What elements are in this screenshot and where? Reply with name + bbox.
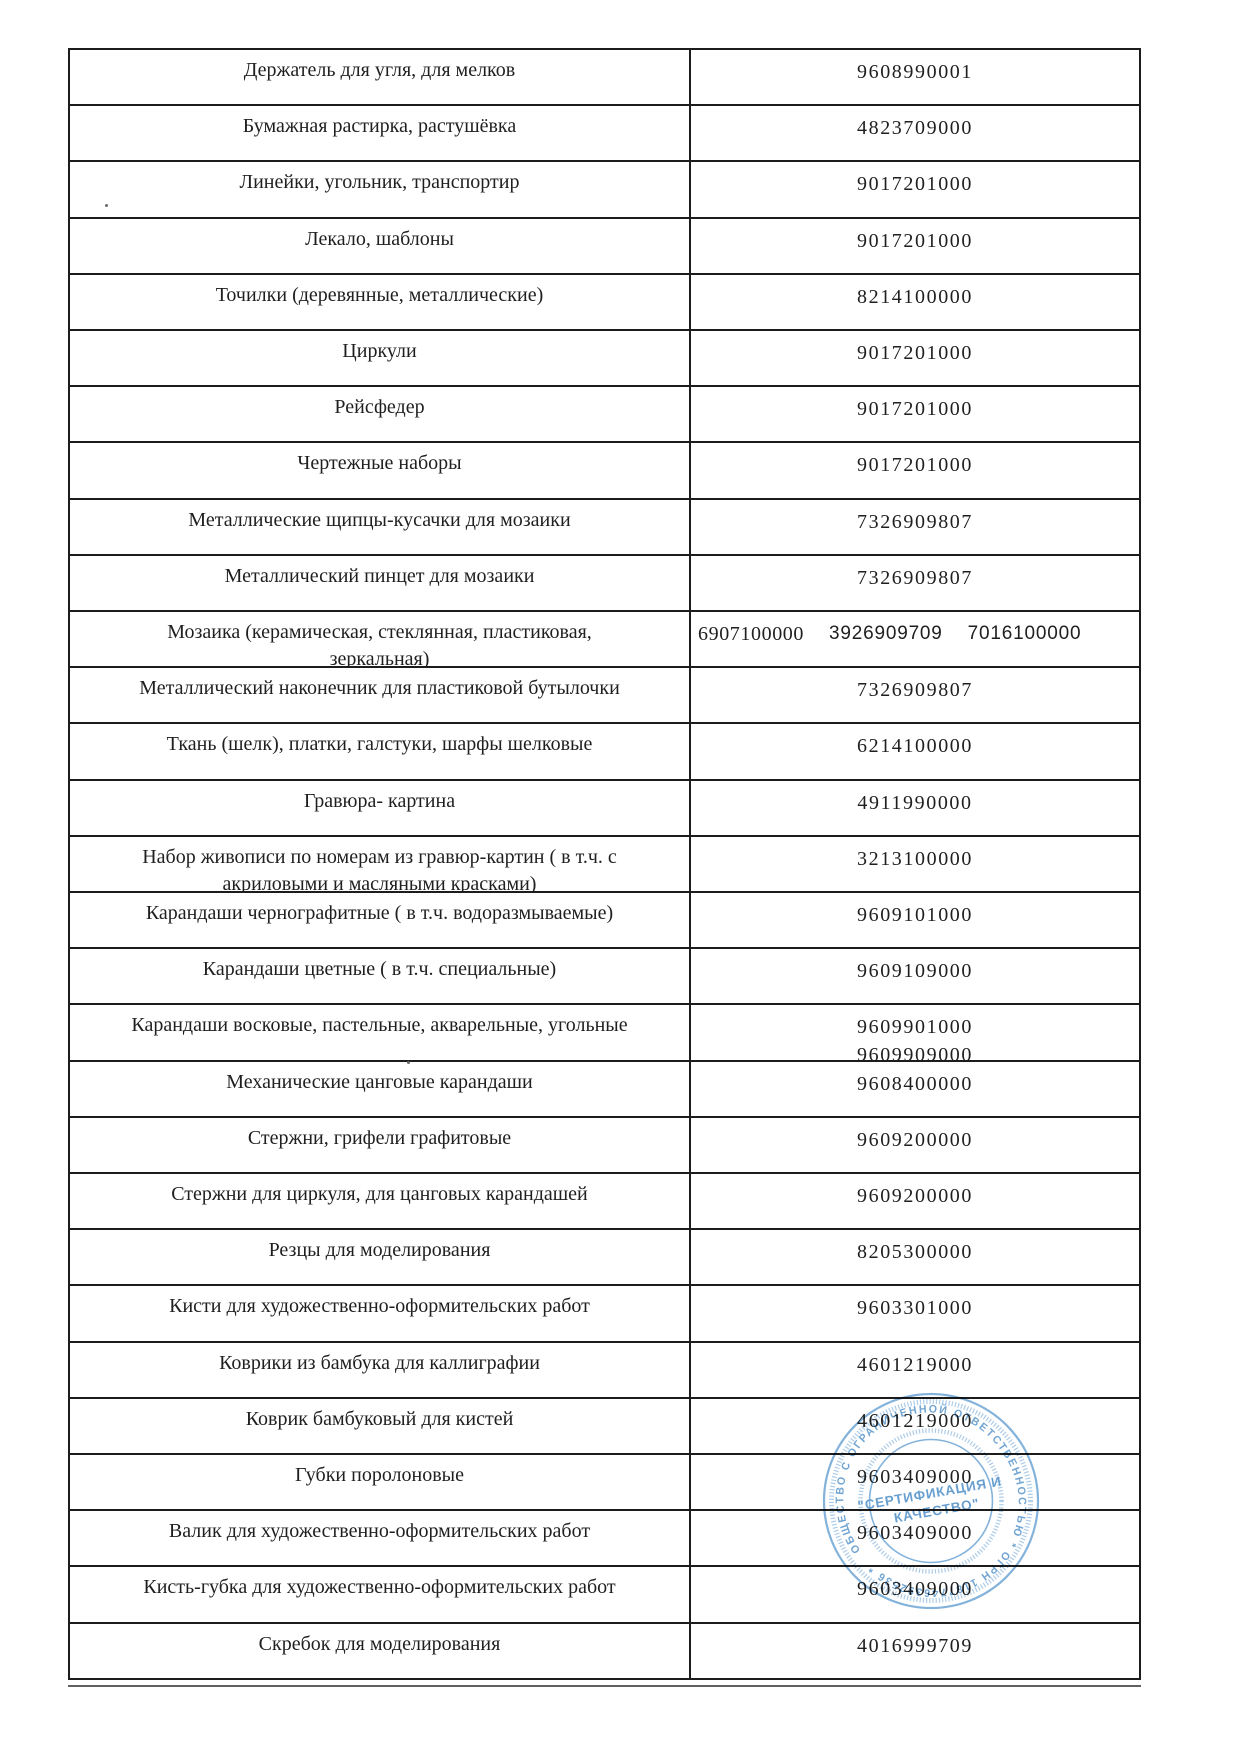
product-name-cell: Металлический пинцет для мозаики xyxy=(70,556,689,610)
product-name-cell: Мозаика (керамическая, стеклянная, пласт… xyxy=(70,612,689,666)
code-cell: 4911990000 xyxy=(689,781,1139,835)
company-stamp: ОБЩЕСТВО С ОГРАНИЧЕННОЙ ОТВЕТСТВЕННОСТЬЮ… xyxy=(809,1379,1053,1623)
code-cell: 96099010009609909000 xyxy=(689,1005,1139,1059)
table-row: Гравюра- картина4911990000 xyxy=(70,781,1139,837)
code-cell: 9608990001 xyxy=(689,50,1139,104)
product-name-cell: Кисти для художественно-оформительских р… xyxy=(70,1286,689,1340)
customs-code: 9017201000 xyxy=(857,454,973,476)
customs-code: 9609109000 xyxy=(857,960,973,982)
customs-code: 9609909000 xyxy=(695,1041,1135,1061)
product-name-cell: Ткань (шелк), платки, галстуки, шарфы ше… xyxy=(70,724,689,778)
table-row: Лекало, шаблоны9017201000 xyxy=(70,219,1139,275)
product-name-cell: Коврик бамбуковый для кистей xyxy=(70,1399,689,1453)
code-cell: 6214100000 xyxy=(689,724,1139,778)
code-cell: 9017201000 xyxy=(689,162,1139,216)
table-row: Резцы для моделирования8205300000 xyxy=(70,1230,1139,1286)
customs-code: 7326909807 xyxy=(857,679,973,701)
customs-code: 7326909807 xyxy=(857,567,973,589)
product-name-cell: Коврики из бамбука для каллиграфии xyxy=(70,1343,689,1397)
table-row: Металлические щипцы-кусачки для мозаики7… xyxy=(70,500,1139,556)
customs-code: 9608990001 xyxy=(857,61,973,83)
product-name-cell: Карандаши чернографитные ( в т.ч. водора… xyxy=(70,893,689,947)
code-cell: 690710000039269097097016100000 xyxy=(689,612,1139,666)
code-cell: 4016999709 xyxy=(689,1624,1139,1678)
table-row: Карандаши цветные ( в т.ч. специальные)9… xyxy=(70,949,1139,1005)
product-name-cell: Циркули xyxy=(70,331,689,385)
customs-code: 9017201000 xyxy=(857,398,973,420)
product-name-cell: Точилки (деревянные, металлические) xyxy=(70,275,689,329)
product-name-cell: Резцы для моделирования xyxy=(70,1230,689,1284)
customs-code: 3213100000 xyxy=(857,848,973,870)
code-cell: 7326909807 xyxy=(689,668,1139,722)
customs-code: 4601219000 xyxy=(857,1354,973,1376)
table-bottom-scan-line xyxy=(68,1685,1141,1687)
table-row: Стержни, грифели графитовые9609200000 xyxy=(70,1118,1139,1174)
customs-code: 4823709000 xyxy=(857,117,973,139)
table-row: Металлический пинцет для мозаики73269098… xyxy=(70,556,1139,612)
code-cell: 9608400000 xyxy=(689,1062,1139,1116)
customs-code: 9017201000 xyxy=(857,173,973,195)
table-row: Держатель для угля, для мелков9608990001 xyxy=(70,50,1139,106)
customs-code: 9017201000 xyxy=(857,230,973,252)
code-cell: 9609109000 xyxy=(689,949,1139,1003)
customs-code: 9609200000 xyxy=(857,1129,973,1151)
table-row: Ткань (шелк), платки, галстуки, шарфы ше… xyxy=(70,724,1139,780)
product-name-cell: Стержни для циркуля, для цанговых каранд… xyxy=(70,1174,689,1228)
table-row: Карандаши восковые, пастельные, акварель… xyxy=(70,1005,1139,1061)
code-cell: 9609200000 xyxy=(689,1118,1139,1172)
customs-code: 6214100000 xyxy=(857,735,973,757)
table-row: Линейки, угольник, транспортир9017201000 xyxy=(70,162,1139,218)
table-row: Механические цанговые карандаши960840000… xyxy=(70,1062,1139,1118)
scan-speck xyxy=(407,1061,410,1064)
table-row: Чертежные наборы9017201000 xyxy=(70,443,1139,499)
product-name-cell: Держатель для угля, для мелков xyxy=(70,50,689,104)
product-name-cell: Кисть-губка для художественно-оформитель… xyxy=(70,1567,689,1621)
code-cell: 8214100000 xyxy=(689,275,1139,329)
product-name-cell: Металлический наконечник для пластиковой… xyxy=(70,668,689,722)
customs-code: 9609901000 xyxy=(695,1013,1135,1041)
product-name-cell: Стержни, грифели графитовые xyxy=(70,1118,689,1172)
table-row: Набор живописи по номерам из гравюр-карт… xyxy=(70,837,1139,893)
product-name-cell: Линейки, угольник, транспортир xyxy=(70,162,689,216)
code-cell: 9609101000 xyxy=(689,893,1139,947)
table-row: Скребок для моделирования4016999709 xyxy=(70,1624,1139,1678)
table-row: Рейсфедер9017201000 xyxy=(70,387,1139,443)
customs-code: 4911990000 xyxy=(857,792,972,814)
customs-code: 4016999709 xyxy=(857,1635,973,1657)
product-name-cell: Губки поролоновые xyxy=(70,1455,689,1509)
customs-code: 9017201000 xyxy=(857,342,973,364)
code-cell: 4823709000 xyxy=(689,106,1139,160)
table-row: Стержни для циркуля, для цанговых каранд… xyxy=(70,1174,1139,1230)
table-row: Точилки (деревянные, металлические)82141… xyxy=(70,275,1139,331)
product-name-cell: Лекало, шаблоны xyxy=(70,219,689,273)
product-name-cell: Рейсфедер xyxy=(70,387,689,441)
code-cell: 9609200000 xyxy=(689,1174,1139,1228)
customs-code: 7326909807 xyxy=(857,511,973,533)
customs-code: 8205300000 xyxy=(857,1241,973,1263)
table-row: Кисти для художественно-оформительских р… xyxy=(70,1286,1139,1342)
code-cell: 9017201000 xyxy=(689,443,1139,497)
customs-code: 7016100000 xyxy=(968,620,1082,666)
product-name-cell: Скребок для моделирования xyxy=(70,1624,689,1678)
code-cell: 9017201000 xyxy=(689,387,1139,441)
table-row: Карандаши чернографитные ( в т.ч. водора… xyxy=(70,893,1139,949)
product-name-cell: Механические цанговые карандаши xyxy=(70,1062,689,1116)
product-name-cell: Валик для художественно-оформительских р… xyxy=(70,1511,689,1565)
code-cell: 3213100000 xyxy=(689,837,1139,891)
product-name-cell: Карандаши восковые, пастельные, акварель… xyxy=(70,1005,689,1059)
table-row: Циркули9017201000 xyxy=(70,331,1139,387)
code-cell: 9017201000 xyxy=(689,331,1139,385)
stamp-center-text: "СЕРТИФИКАЦИЯ И КАЧЕСТВО" xyxy=(857,1474,1006,1532)
customs-code: 9609101000 xyxy=(857,904,973,926)
customs-code: 3926909709 xyxy=(829,620,943,666)
scan-speck xyxy=(105,204,108,207)
customs-code: 9608400000 xyxy=(857,1073,973,1095)
product-name-cell: Набор живописи по номерам из гравюр-карт… xyxy=(70,837,689,891)
customs-code: 9609200000 xyxy=(857,1185,973,1207)
table-row: Бумажная растирка, растушёвка4823709000 xyxy=(70,106,1139,162)
code-cell: 7326909807 xyxy=(689,556,1139,610)
product-name-cell: Бумажная растирка, растушёвка xyxy=(70,106,689,160)
code-cell: 9017201000 xyxy=(689,219,1139,273)
product-name-cell: Металлические щипцы-кусачки для мозаики xyxy=(70,500,689,554)
code-cell: 9603301000 xyxy=(689,1286,1139,1340)
customs-code: 9603301000 xyxy=(857,1297,973,1319)
product-name-cell: Чертежные наборы xyxy=(70,443,689,497)
document-page: Держатель для угля, для мелков9608990001… xyxy=(0,0,1240,1754)
table-row: Мозаика (керамическая, стеклянная, пласт… xyxy=(70,612,1139,668)
customs-code: 6907100000 xyxy=(698,620,804,666)
table-row: Металлический наконечник для пластиковой… xyxy=(70,668,1139,724)
code-cell: 8205300000 xyxy=(689,1230,1139,1284)
code-cell: 7326909807 xyxy=(689,500,1139,554)
customs-code: 8214100000 xyxy=(857,286,973,308)
product-name-cell: Карандаши цветные ( в т.ч. специальные) xyxy=(70,949,689,1003)
product-name-cell: Гравюра- картина xyxy=(70,781,689,835)
